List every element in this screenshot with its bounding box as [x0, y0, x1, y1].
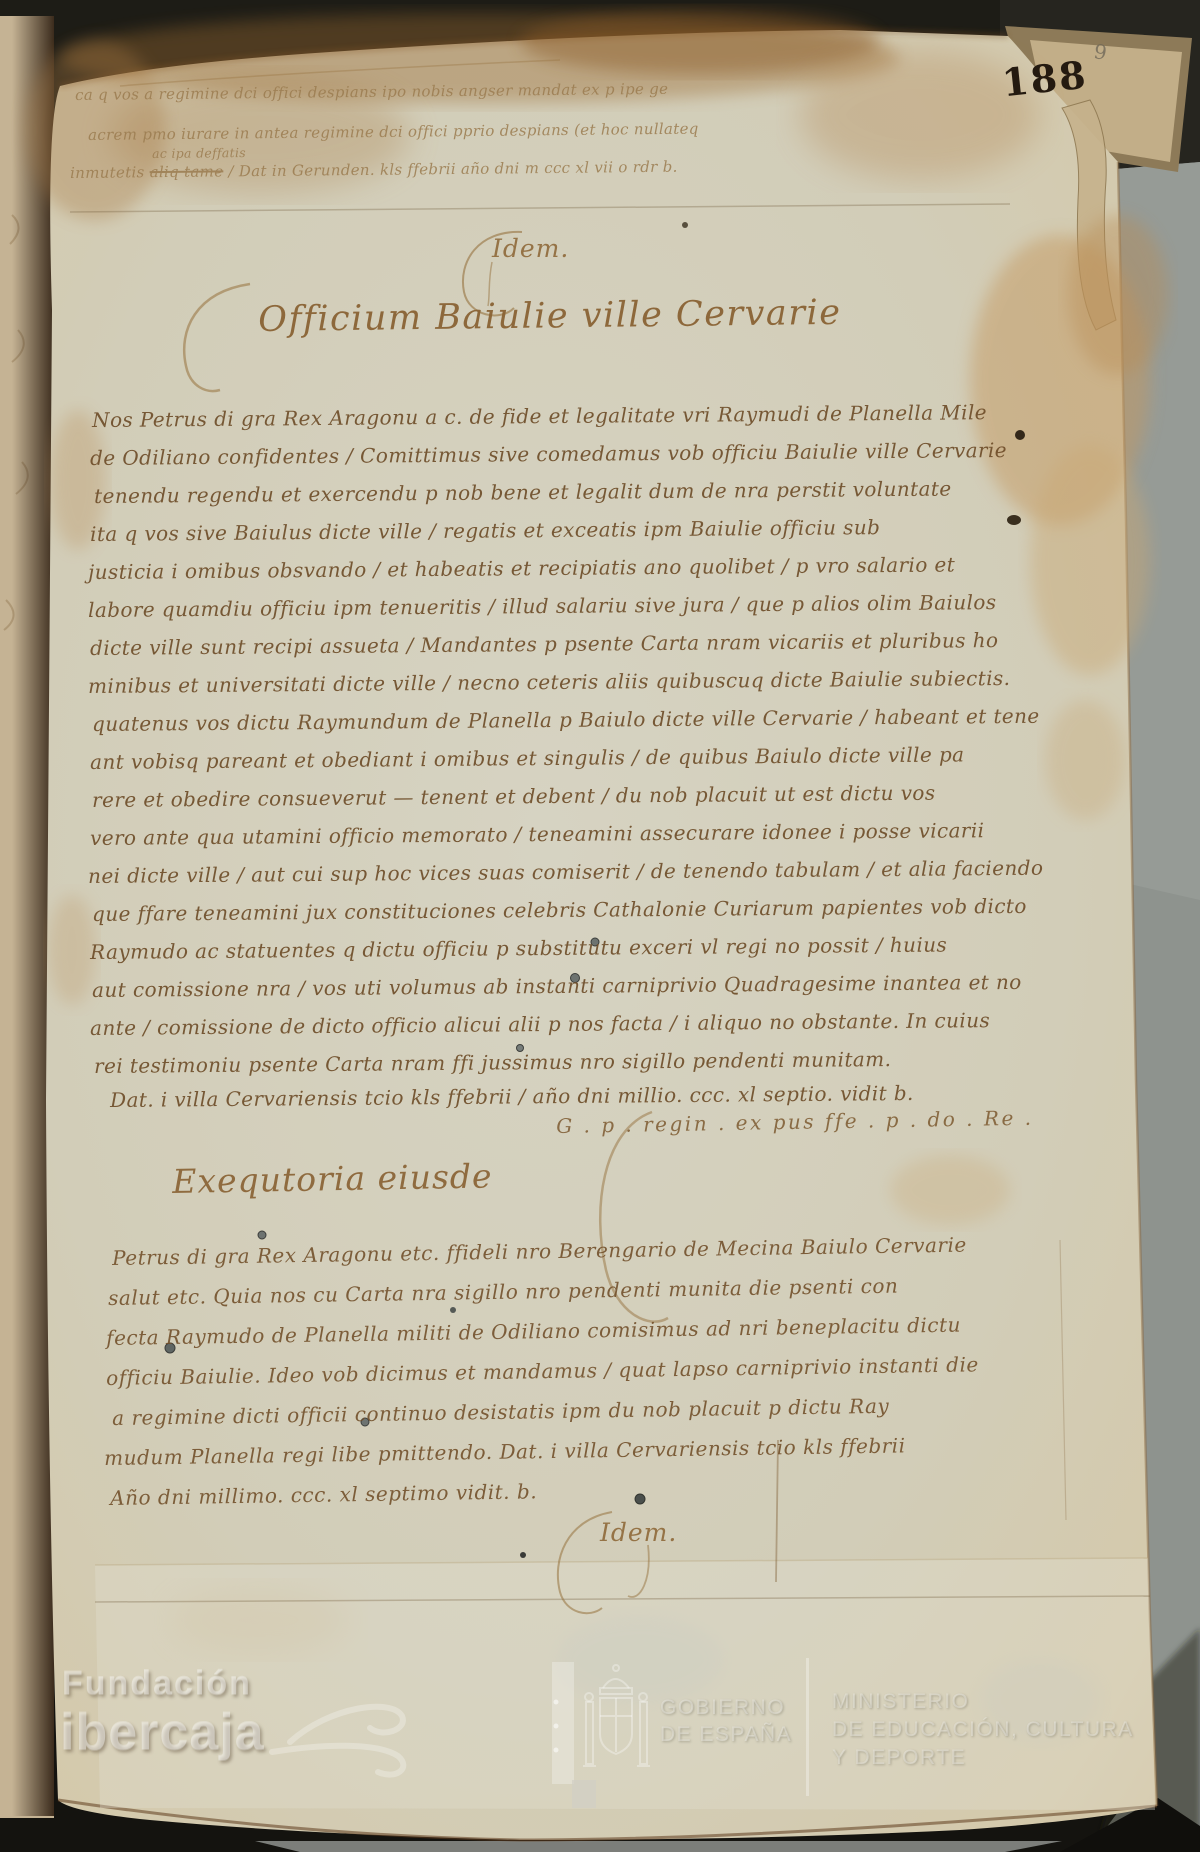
section2-heading: Exequtoria eiusde	[172, 1156, 493, 1201]
folio-number: 188	[1000, 52, 1090, 106]
page-background	[0, 0, 1200, 1852]
repair-patch	[95, 1558, 1155, 1810]
mat-bottom-sliver	[255, 1841, 1062, 1852]
marginal-struck-word: aliq tame	[150, 162, 224, 181]
manuscript-photo: 188 9 ca q vos a regimine dci offici des…	[0, 0, 1200, 1852]
marginal-insert: ac ipa deffatis	[152, 145, 246, 161]
section1-heading: Officium Baiulie ville Cervarie	[258, 293, 842, 340]
rubric-idem-bottom: Idem.	[600, 1518, 677, 1547]
rubric-idem: Idem.	[492, 234, 569, 263]
marginal-line-pre: inmutetis	[70, 163, 145, 182]
